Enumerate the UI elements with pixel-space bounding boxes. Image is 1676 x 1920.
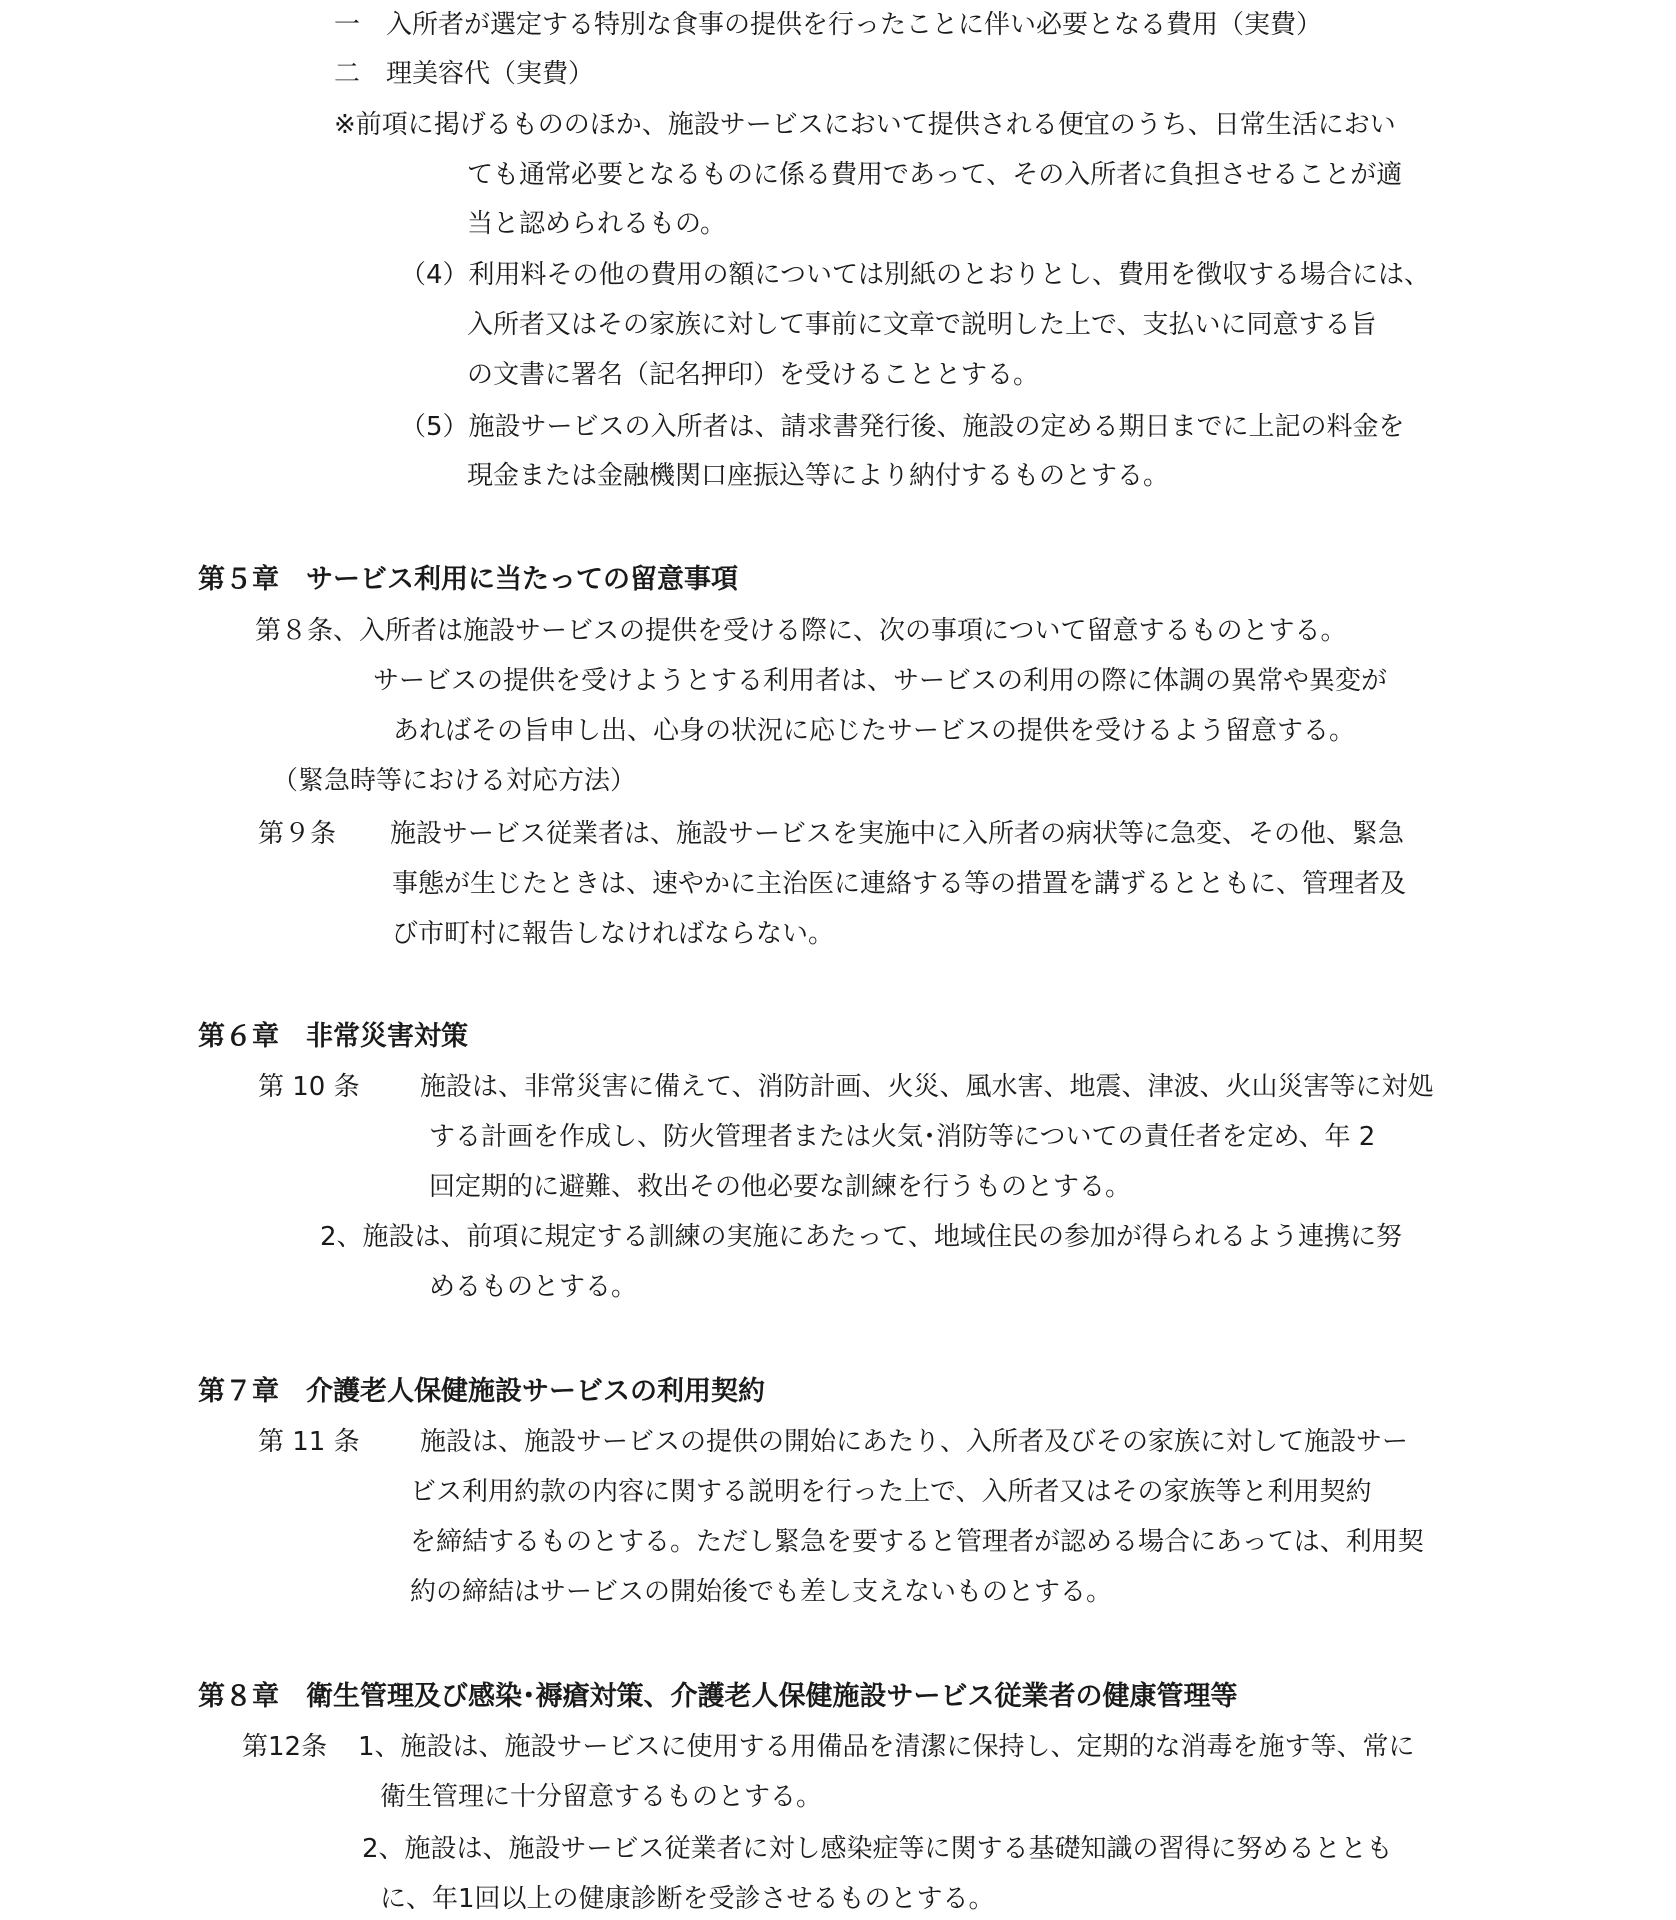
article-10-line-2: する計画を作成し、防火管理者または火気･消防等についての責任者を定め、年 2 bbox=[429, 1120, 1375, 1154]
chapter-8-title: 第８章 衛生管理及び感染･褥瘡対策、介護老人保健施設サービス従業者の健康管理等 bbox=[198, 1680, 1238, 1714]
fee-note-line-3: 当と認められるもの。 bbox=[467, 207, 726, 241]
article-11-line-2: ビス利用約款の内容に関する説明を行った上で、入所者又はその家族等と利用契約 bbox=[410, 1475, 1371, 1509]
clause-4-line-1: （4）利用料その他の費用の額については別紙のとおりとし、費用を徴収する場合には、 bbox=[400, 258, 1430, 292]
article-11-line-4: 約の締結はサービスの開始後でも差し支えないものとする。 bbox=[410, 1575, 1112, 1609]
article-11-label: 第 11 条 bbox=[258, 1425, 360, 1459]
article-8-line-2: サービスの提供を受けようとする利用者は、サービスの利用の際に体調の異常や異変が bbox=[373, 664, 1387, 698]
article-10-para-2-line-1: 2、施設は、前項に規定する訓練の実施にあたって、地域住民の参加が得られるよう連携… bbox=[320, 1220, 1402, 1254]
article-12-line-2: 衛生管理に十分留意するものとする。 bbox=[380, 1780, 822, 1814]
article-11-line-3: を締結するものとする。ただし緊急を要すると管理者が認める場合にあっては、利用契 bbox=[410, 1525, 1424, 1559]
article-10-label: 第 10 条 bbox=[258, 1070, 360, 1104]
chapter-5-title: 第５章 サービス利用に当たっての留意事項 bbox=[198, 563, 738, 597]
document-page: 一 入所者が選定する特別な食事の提供を行ったことに伴い必要となる費用（実費） 二… bbox=[0, 0, 1676, 1920]
fee-note-line-2: ても通常必要となるものに係る費用であって、その入所者に負担させることが適 bbox=[467, 158, 1402, 192]
clause-5-line-2: 現金または金融機関口座振込等により納付するものとする。 bbox=[467, 459, 1169, 493]
article-12-para-2-line-1: 2、施設は、施設サービス従業者に対し感染症等に関する基礎知識の習得に努めるととも bbox=[362, 1832, 1393, 1866]
fee-note-line-1: ※前項に掲げるもののほか、施設サービスにおいて提供される便宜のうち、日常生活にお… bbox=[334, 108, 1396, 142]
article-12-line-1: 1、施設は、施設サービスに使用する用備品を清潔に保持し、定期的な消毒を施す等、常… bbox=[358, 1730, 1415, 1764]
article-10-line-1: 施設は、非常災害に備えて、消防計画、火災、風水害、地震、津波、火山災害等に対処 bbox=[420, 1070, 1433, 1104]
chapter-7-title: 第７章 介護老人保健施設サービスの利用契約 bbox=[198, 1375, 765, 1409]
chapter-6-title: 第６章 非常災害対策 bbox=[198, 1020, 468, 1054]
article-9-line-2: 事態が生じたときは、速やかに主治医に連絡する等の措置を講ずるとともに、管理者及 bbox=[392, 867, 1406, 901]
article-9-label: 第９条 bbox=[258, 817, 336, 851]
clause-5-line-1: （5）施設サービスの入所者は、請求書発行後、施設の定める期日までに上記の料金を bbox=[400, 410, 1405, 444]
article-11-line-1: 施設は、施設サービスの提供の開始にあたり、入所者及びその家族に対して施設サー bbox=[420, 1425, 1408, 1459]
clause-4-line-2: 入所者又はその家族に対して事前に文章で説明した上で、支払いに同意する旨 bbox=[467, 308, 1376, 342]
article-12-label: 第12条 bbox=[242, 1730, 327, 1764]
clause-4-line-3: の文書に署名（記名押印）を受けることとする。 bbox=[467, 358, 1039, 392]
fee-item-1: 一 入所者が選定する特別な食事の提供を行ったことに伴い必要となる費用（実費） bbox=[334, 8, 1322, 42]
article-9-line-1: 施設サービス従業者は、施設サービスを実施中に入所者の病状等に急変、その他、緊急 bbox=[390, 817, 1404, 851]
emergency-subheading: （緊急時等における対応方法） bbox=[272, 764, 636, 798]
article-8-line-1: 第８条、入所者は施設サービスの提供を受ける際に、次の事項について留意するものとす… bbox=[255, 614, 1346, 648]
article-10-para-2-line-2: めるものとする。 bbox=[429, 1270, 637, 1304]
fee-item-2: 二 理美容代（実費） bbox=[334, 57, 594, 91]
article-12-para-2-line-2: に、年1回以上の健康診断を受診させるものとする。 bbox=[380, 1882, 995, 1916]
article-10-line-3: 回定期的に避難、救出その他必要な訓練を行うものとする。 bbox=[429, 1170, 1131, 1204]
article-8-line-3: あればその旨申し出、心身の状況に応じたサービスの提供を受けるよう留意する。 bbox=[393, 714, 1355, 748]
article-9-line-3: び市町村に報告しなければならない。 bbox=[392, 917, 834, 951]
